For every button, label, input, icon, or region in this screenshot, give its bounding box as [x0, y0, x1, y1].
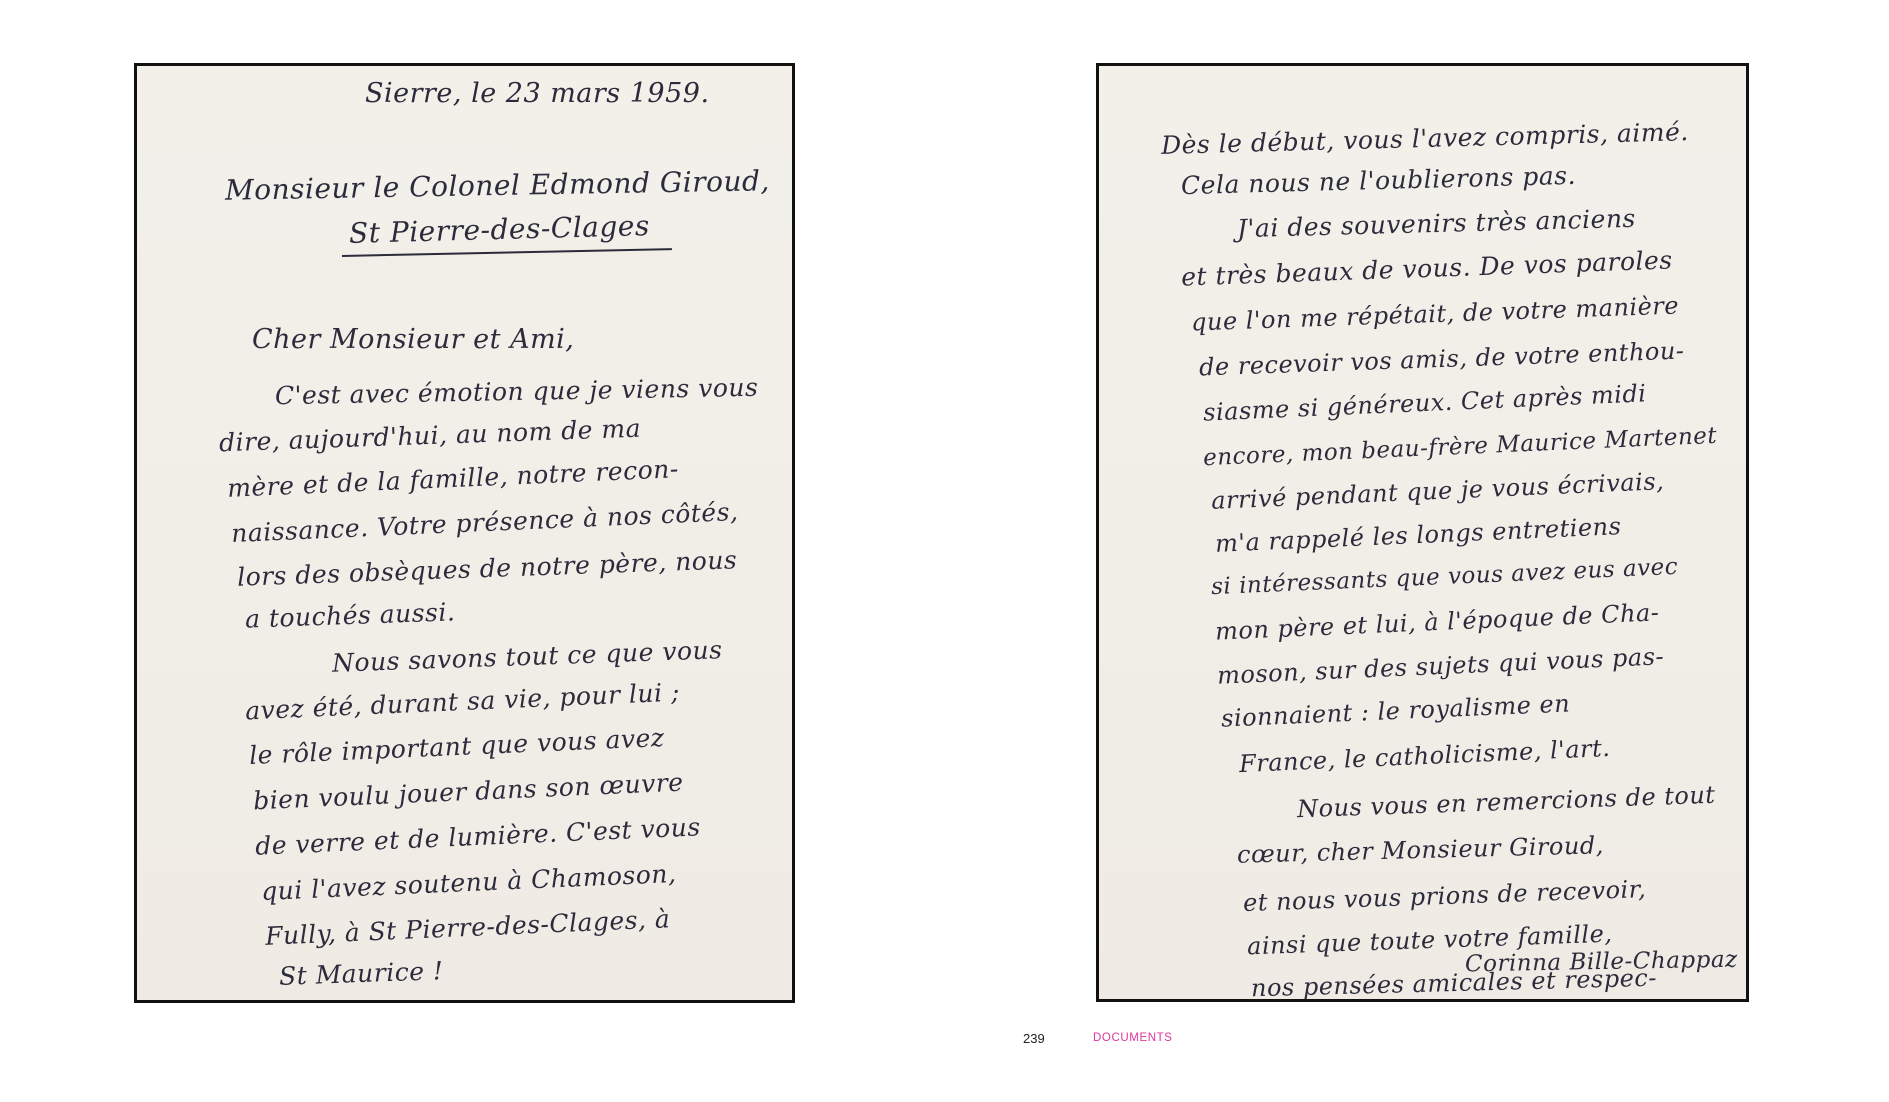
letter-line: Nous vous en remercions de tout: [1297, 783, 1716, 822]
letter-line: France, le catholicisme, l'art.: [1239, 736, 1611, 776]
letter-line: que l'on me répétait, de votre manière: [1191, 293, 1680, 334]
section-title: DOCUMENTS: [1093, 1032, 1173, 1044]
letter-line: m'a rappelé les longs entretiens: [1215, 514, 1622, 556]
letter-page-right: Dès le début, vous l'avez compris, aimé.…: [1096, 63, 1749, 1002]
letter-salutation: Cher Monsieur et Ami,: [252, 326, 574, 353]
letter-line: mon père et lui, à l'époque de Cha-: [1215, 600, 1660, 643]
letter-line: sionnaient : le royalisme en: [1221, 691, 1571, 730]
page-number: 239: [1023, 1031, 1045, 1046]
letter-line: si intéressants que vous avez eus avec: [1211, 556, 1679, 599]
letter-line: de verre et de lumière. C'est vous: [255, 814, 701, 858]
letter-line: Fully, à St Pierre-des-Clages, à: [265, 906, 671, 949]
letter-line: cœur, cher Monsieur Giroud,: [1237, 833, 1604, 867]
letter-line: Nous savons tout ce que vous: [332, 637, 723, 676]
letter-line: le rôle important que vous avez: [249, 725, 665, 768]
letter-line: dire, aujourd'hui, au nom de ma: [219, 416, 642, 456]
letter-line: moson, sur des sujets qui vous pas-: [1217, 644, 1665, 687]
letter-signature: Corinna Bille-Chappaz: [1465, 949, 1738, 977]
letter-line: mère et de la famille, notre recon-: [227, 456, 680, 501]
letter-line: qui l'avez soutenu à Chamoson,: [261, 861, 677, 904]
letter-line: C'est avec émotion que je viens vous: [275, 375, 759, 408]
letter-line: Cela nous ne l'oublierons pas.: [1181, 163, 1577, 198]
letter-dateline: Sierre, le 23 mars 1959.: [365, 80, 710, 107]
letter-addressee-place: St Pierre-des-Clages: [349, 212, 650, 248]
letter-addressee-name: Monsieur le Colonel Edmond Giroud,: [225, 167, 770, 205]
letter-line: Dès le début, vous l'avez compris, aimé.: [1161, 119, 1689, 158]
letter-line: avez été, durant sa vie, pour lui ;: [245, 680, 681, 724]
letter-line: de recevoir vos amis, de votre enthou-: [1199, 339, 1685, 380]
addressee-underline: [342, 248, 672, 257]
letter-line: siasme si généreux. Cet après midi: [1203, 381, 1647, 424]
letter-line: encore, mon beau-frère Maurice Martenet: [1203, 425, 1718, 470]
letter-line: arrivé pendant que je vous écrivais,: [1211, 469, 1665, 513]
letter-line: St Maurice !: [279, 958, 444, 989]
letter-line: J'ai des souvenirs très anciens: [1237, 206, 1636, 241]
book-page-spread: Sierre, le 23 mars 1959. Monsieur le Col…: [0, 0, 1889, 1102]
letter-line: et très beaux de vous. De vos paroles: [1181, 247, 1673, 289]
letter-line: et nous vous prions de recevoir,: [1243, 877, 1647, 915]
letter-line: a touchés aussi.: [245, 599, 456, 631]
letter-page-left: Sierre, le 23 mars 1959. Monsieur le Col…: [134, 63, 795, 1003]
letter-line: naissance. Votre présence à nos côtés,: [231, 499, 739, 546]
letter-line: bien voulu jouer dans son œuvre: [253, 770, 684, 814]
letter-line: lors des obsèques de notre père, nous: [237, 547, 738, 589]
